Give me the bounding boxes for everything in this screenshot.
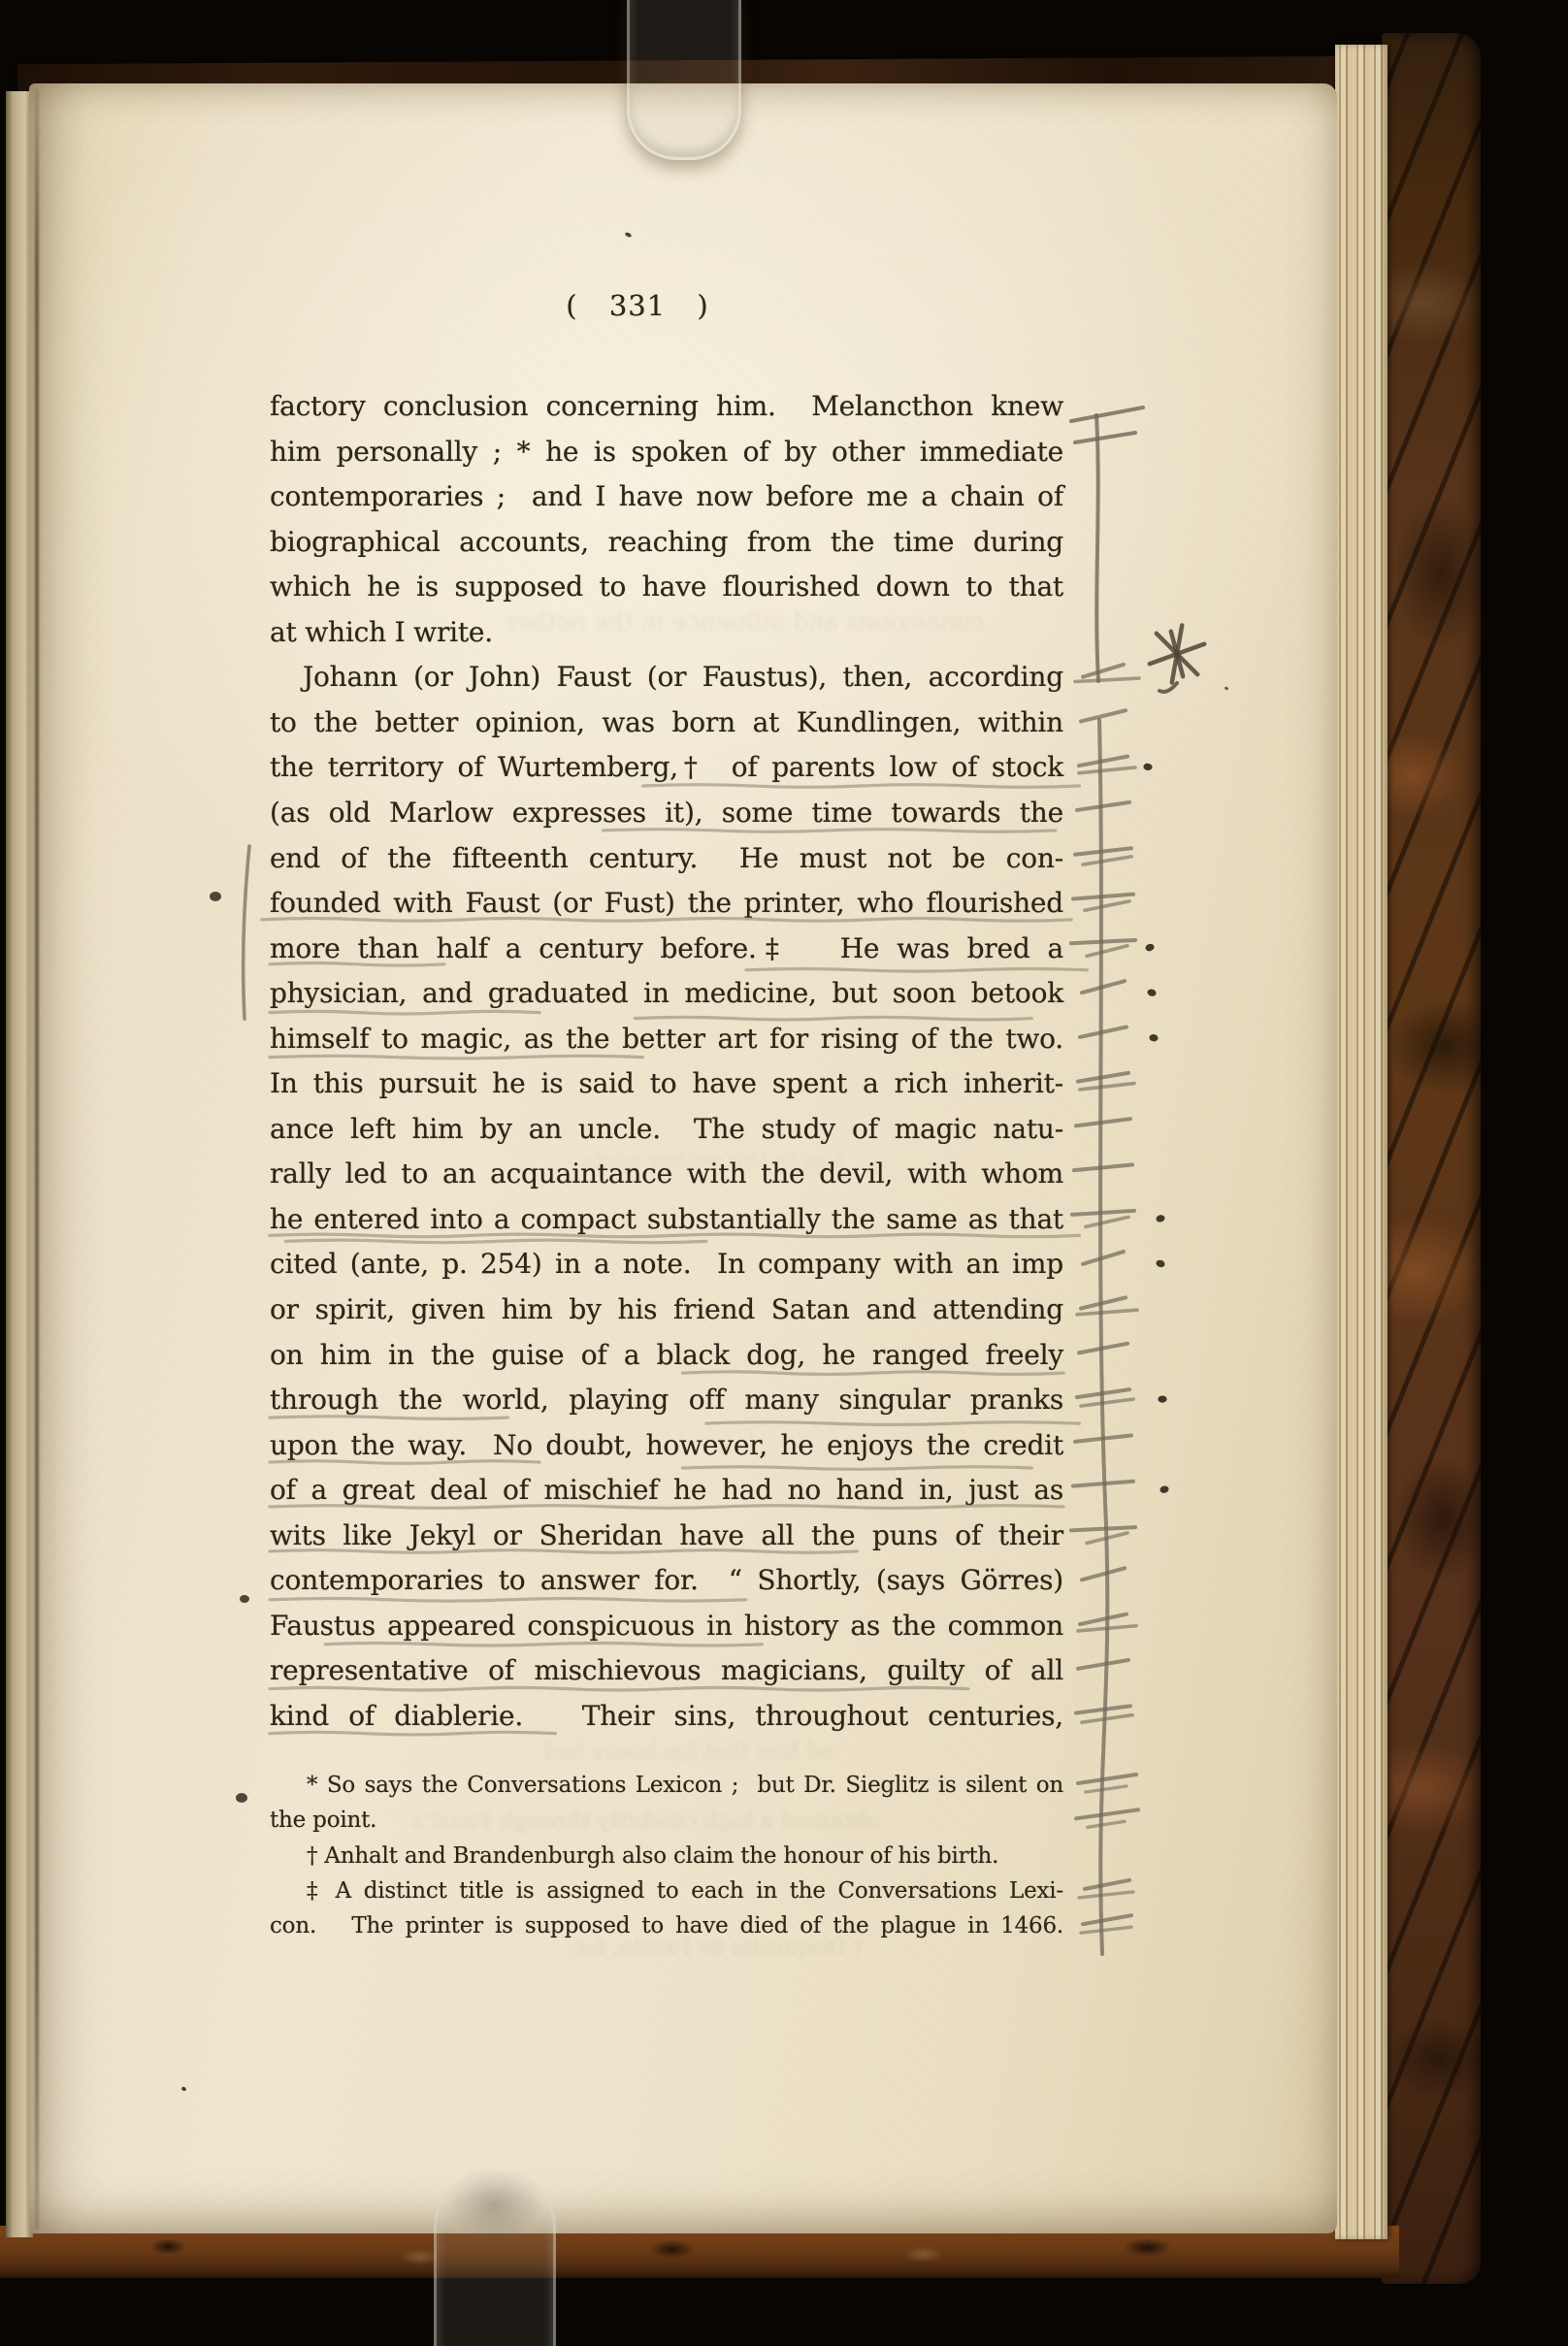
body-line: more than half a century before.‡ He was… xyxy=(270,927,1063,972)
footnote-line: * So says the Conversations Lexicon ; bu… xyxy=(270,1768,1063,1804)
body-line: he entered into a compact substantially … xyxy=(270,1197,1063,1243)
body-line: or spirit, given him by his friend Satan… xyxy=(270,1287,1063,1333)
body-line: kind of diablerie. Their sins, throughou… xyxy=(270,1694,1063,1740)
body-line: biographical accounts, reaching from the… xyxy=(270,520,1063,566)
body-line: through the world, playing off many sing… xyxy=(270,1378,1063,1423)
body-line: (as old Marlow expresses it), some time … xyxy=(270,791,1063,836)
body-line: Johann (or John) Faust (or Faustus), the… xyxy=(270,655,1063,701)
body-line: physician, and graduated in medicine, bu… xyxy=(270,971,1063,1017)
body-line: on him in the guise of a black dog, he r… xyxy=(270,1333,1063,1379)
body-line: himself to magic, as the better art for … xyxy=(270,1017,1063,1062)
footnote-line: con. The printer is supposed to have die… xyxy=(270,1908,1063,1944)
body-line: factory conclusion concerning him. Melan… xyxy=(270,384,1063,430)
page-number: ( 331 ) xyxy=(241,289,1034,322)
bottom-clear-strap xyxy=(434,2170,556,2346)
body-line: In this pursuit he is said to have spent… xyxy=(270,1061,1063,1107)
body-line: cited (ante, p. 254) in a note. In compa… xyxy=(270,1242,1063,1287)
body-line: ance left him by an uncle. The study of … xyxy=(270,1107,1063,1153)
body-line: at which I write. xyxy=(270,610,1063,656)
body-line: him personally ; * he is spoken of by ot… xyxy=(270,430,1063,475)
top-clear-strap xyxy=(627,0,741,160)
body-line: founded with Faust (or Fust) the printer… xyxy=(270,881,1063,927)
body-line: the territory of Wurtemberg,† of parents… xyxy=(270,745,1063,791)
body-line: upon the way. No doubt, however, he enjo… xyxy=(270,1423,1063,1469)
body-line: contemporaries ; and I have now before m… xyxy=(270,474,1063,520)
body-line: representative of mischievous magicians,… xyxy=(270,1648,1063,1694)
marbled-cover-board xyxy=(1382,33,1481,2284)
cover-bottom-edge xyxy=(0,2226,1399,2278)
body-line: contemporaries to answer for. “ Shortly,… xyxy=(270,1558,1063,1604)
body-line: Faustus appeared conspicuous in history … xyxy=(270,1604,1063,1649)
page-fore-edge-stack xyxy=(1335,45,1388,2239)
photographed-book-page: connexions and influence in the netherhi… xyxy=(0,0,1568,2346)
body-line: wits like Jekyl or Sheridan have all the… xyxy=(270,1514,1063,1559)
body-line: of a great deal of mischief he had no ha… xyxy=(270,1468,1063,1514)
footnote-line: the point. xyxy=(270,1803,1063,1839)
body-line: end of the fifteenth century. He must no… xyxy=(270,836,1063,882)
footnote-line: † Anhalt and Brandenburgh also claim the… xyxy=(270,1839,1063,1874)
footnote-line: ‡ A distinct title is assigned to each i… xyxy=(270,1874,1063,1909)
show-through-text: ed him that his hours had xyxy=(543,1740,833,1765)
body-line: rally led to an acquaintance with the de… xyxy=(270,1152,1063,1197)
body-line: which he is supposed to have flourished … xyxy=(270,565,1063,610)
body-line: to the better opinion, was born at Kundl… xyxy=(270,701,1063,746)
